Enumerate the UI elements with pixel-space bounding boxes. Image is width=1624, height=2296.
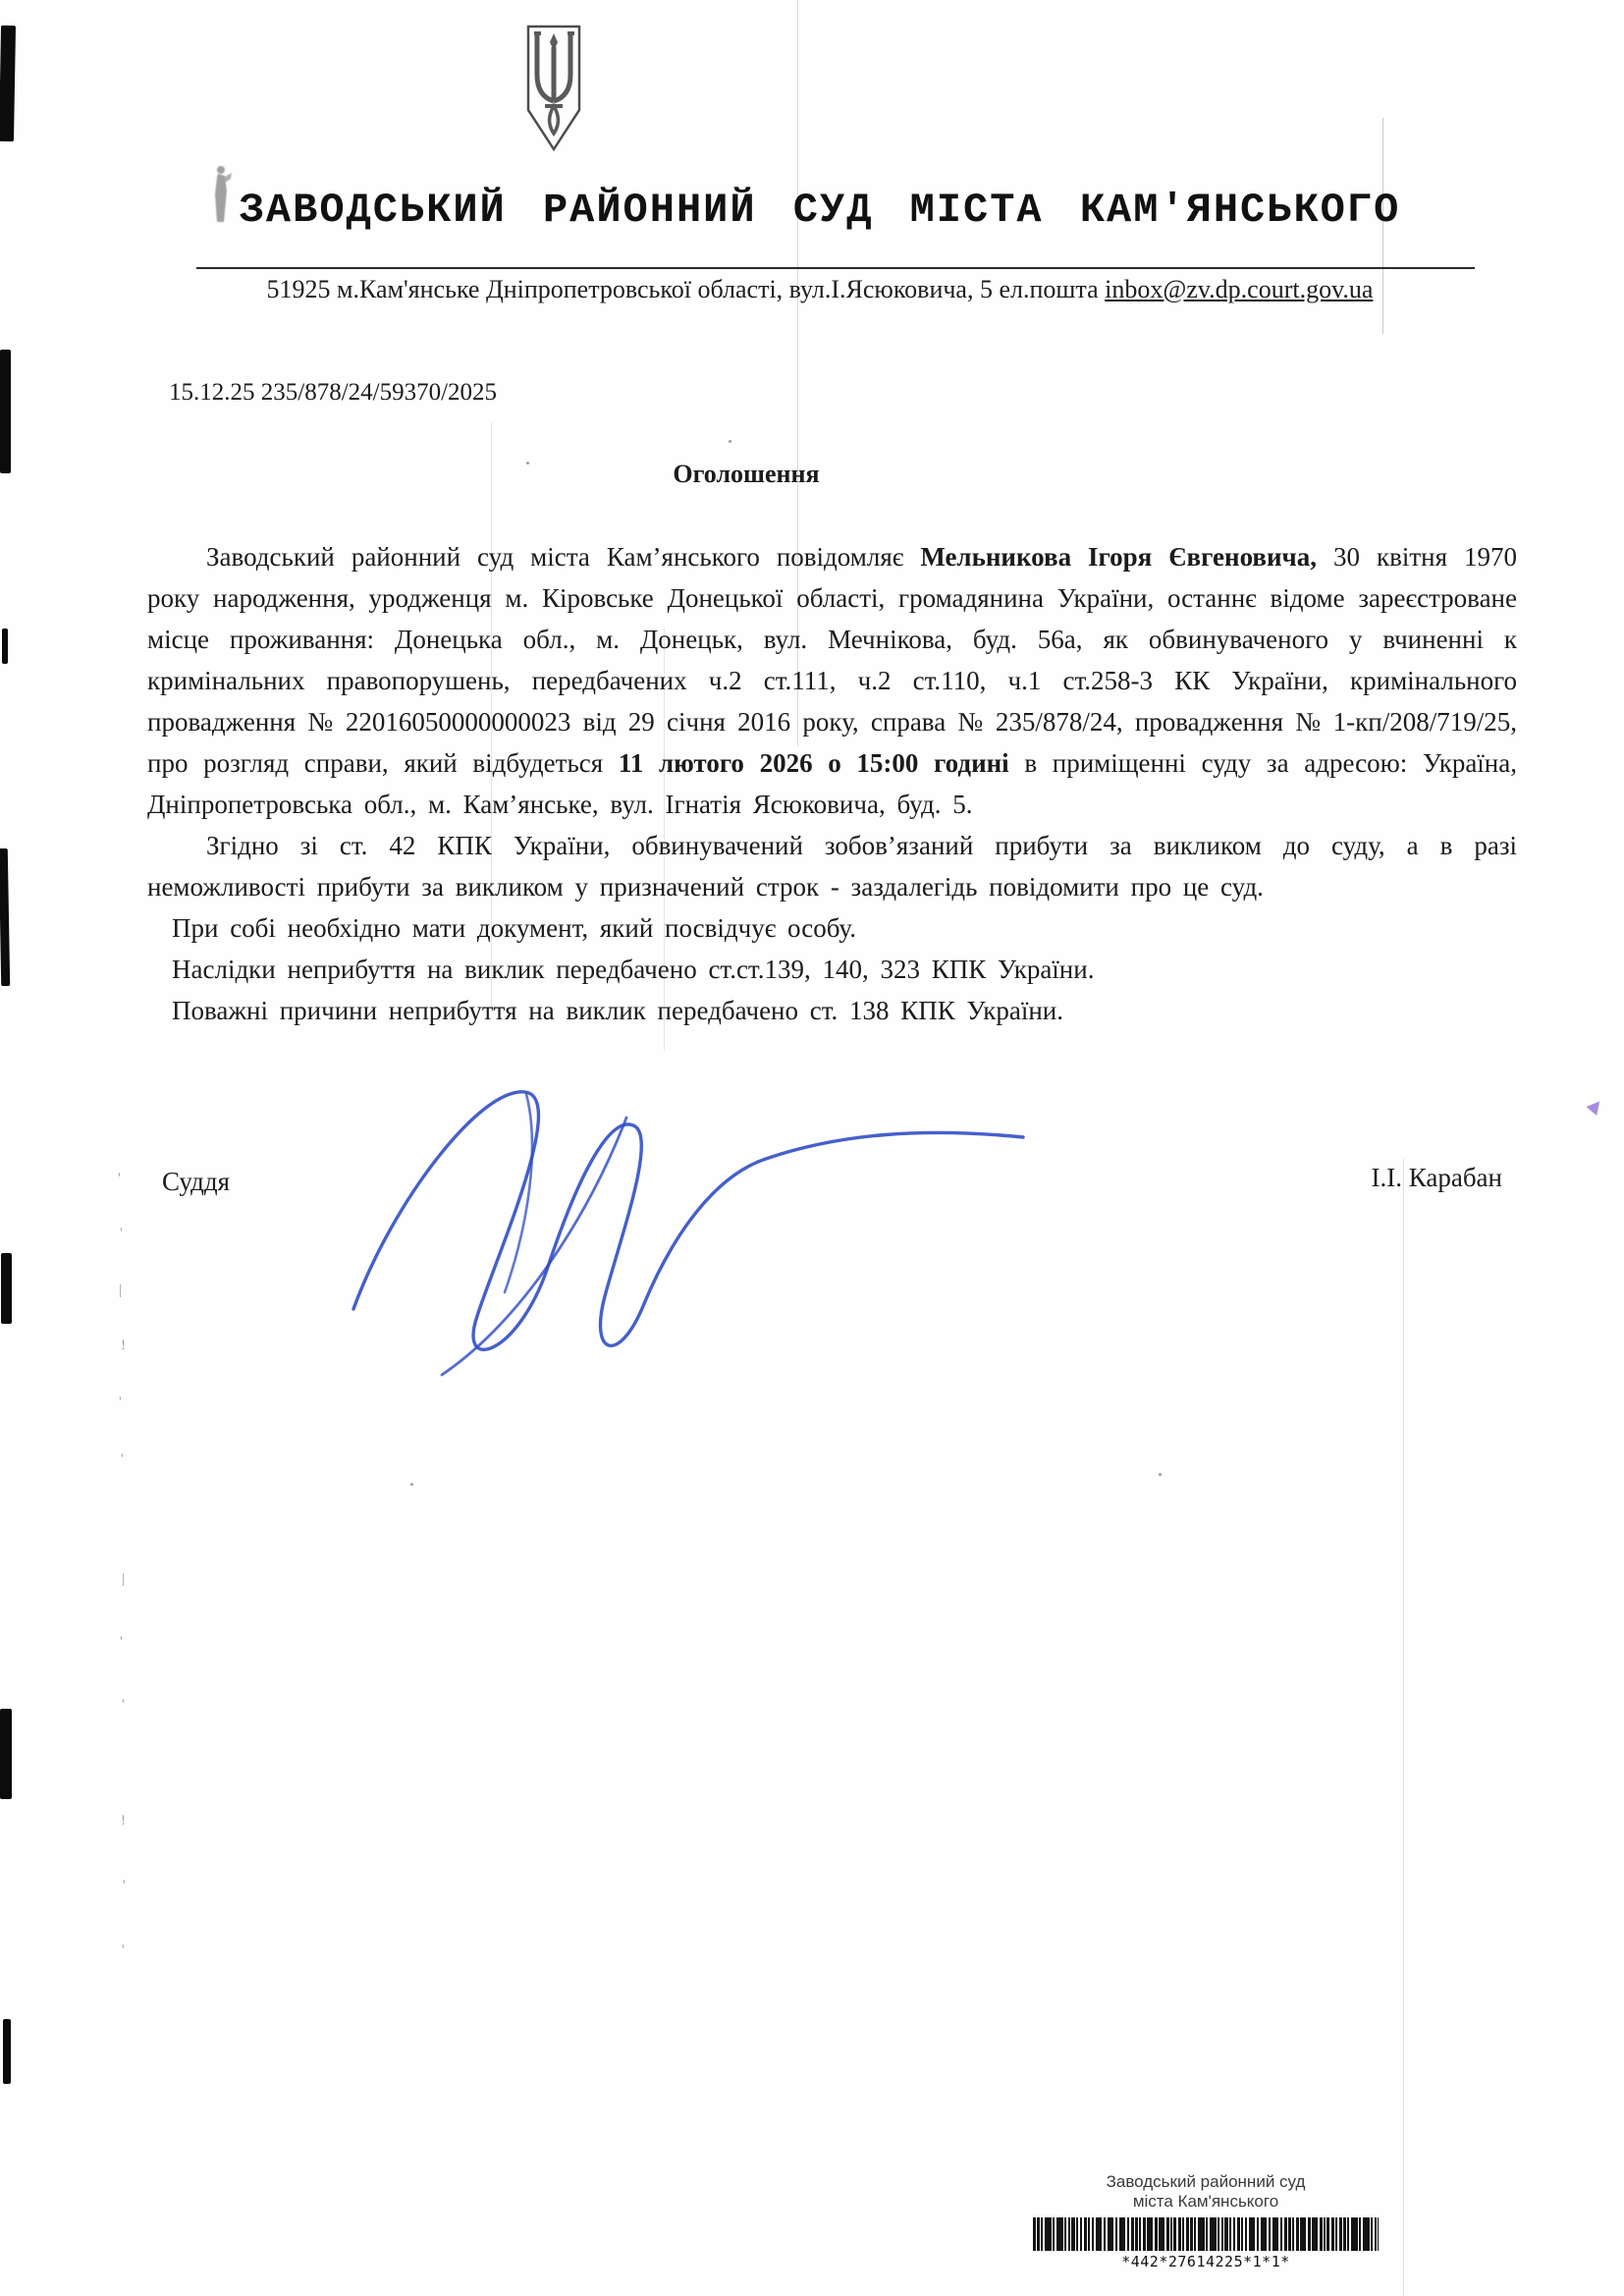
judge-label: Суддя bbox=[162, 1167, 230, 1197]
paragraph-valid-reasons: Поважні причини неприбуття на виклик пер… bbox=[147, 990, 1517, 1031]
crease-line bbox=[797, 0, 798, 746]
p1-intro: Заводський районний суд міста Кам’янсько… bbox=[206, 542, 920, 572]
paragraph-main: Заводський районний суд міста Кам’янсько… bbox=[147, 536, 1517, 825]
scan-artifact: ' bbox=[118, 1171, 121, 1187]
scan-artifact bbox=[1, 1253, 12, 1324]
scan-artifact bbox=[0, 26, 16, 141]
scan-artifact bbox=[3, 2019, 11, 2084]
scan-artifact: | bbox=[122, 1571, 125, 1588]
scan-artifact: ' bbox=[119, 1394, 122, 1411]
defendant-name: Мельникова Ігоря Євгеновича, bbox=[920, 542, 1317, 572]
scan-artifact: ! bbox=[121, 1813, 126, 1830]
scan-artifact: ! bbox=[121, 1338, 126, 1354]
scan-artifact: ' bbox=[120, 1226, 123, 1242]
reference-number: 15.12.25 235/878/24/59370/2025 bbox=[169, 379, 497, 407]
judge-name: І.І. Карабан bbox=[1371, 1163, 1502, 1193]
footer-court-line1: Заводський районний суд bbox=[1029, 2172, 1382, 2192]
court-address-text: 51925 м.Кам'янське Дніпропетровської обл… bbox=[267, 275, 1106, 303]
footer-block: Заводський районний суд міста Кам'янсько… bbox=[1029, 2172, 1382, 2271]
crease-line bbox=[491, 422, 492, 1011]
announcement-body: Заводський районний суд міста Кам’янсько… bbox=[147, 536, 1517, 1031]
judge-signature bbox=[295, 1059, 1060, 1393]
scan-artifact: ' bbox=[122, 1942, 125, 1959]
court-address: 51925 м.Кам'янське Дніпропетровської обл… bbox=[167, 275, 1473, 304]
crease-line bbox=[664, 629, 665, 1051]
scan-artifact bbox=[2, 629, 8, 664]
scan-artifact bbox=[526, 462, 529, 465]
barcode-text: *442*27614225*1*1* bbox=[1029, 2252, 1382, 2271]
scan-artifact bbox=[1586, 1097, 1604, 1116]
paragraph-id-document: При собі необхідно мати документ, який п… bbox=[147, 907, 1517, 949]
scan-artifact bbox=[1159, 1473, 1162, 1476]
scan-artifact bbox=[0, 350, 11, 473]
barcode bbox=[1033, 2217, 1379, 2251]
hearing-datetime: 11 лютого 2026 о 15:00 годині bbox=[619, 748, 1009, 778]
footer-court-line2: міста Кам'янського bbox=[1029, 2192, 1382, 2212]
scan-artifact: | bbox=[119, 1283, 122, 1299]
scan-artifact: ' bbox=[121, 1451, 124, 1468]
scan-artifact: ' bbox=[120, 1634, 123, 1651]
page: ЗАВОДСЬКИЙ РАЙОННИЙ СУД МІСТА КАМ'ЯНСЬКО… bbox=[0, 0, 1624, 2296]
court-name: ЗАВОДСЬКИЙ РАЙОННИЙ СУД МІСТА КАМ'ЯНСЬКО… bbox=[167, 187, 1473, 234]
scan-artifact bbox=[0, 1709, 12, 1799]
scan-artifact bbox=[410, 1483, 413, 1486]
scan-artifact: ' bbox=[122, 1697, 125, 1714]
trident-icon bbox=[523, 24, 584, 153]
scan-artifact: ' bbox=[123, 1878, 126, 1894]
court-email-link[interactable]: inbox@zv.dp.court.gov.ua bbox=[1105, 275, 1373, 303]
crease-line bbox=[1382, 118, 1383, 334]
header-rule bbox=[196, 267, 1475, 269]
court-emblem bbox=[523, 24, 584, 153]
document-title: Оголошення bbox=[0, 460, 1492, 489]
paragraph-obligation: Згідно зі ст. 42 КПК України, обвинуваче… bbox=[147, 825, 1517, 907]
scan-artifact bbox=[0, 848, 10, 986]
scan-artifact bbox=[729, 440, 731, 443]
crease-line bbox=[1403, 1159, 1404, 2296]
p1-mid: 30 квітня 1970 року народження, уродженц… bbox=[147, 542, 1517, 778]
paragraph-consequences: Наслідки неприбуття на виклик передбачен… bbox=[147, 949, 1517, 990]
